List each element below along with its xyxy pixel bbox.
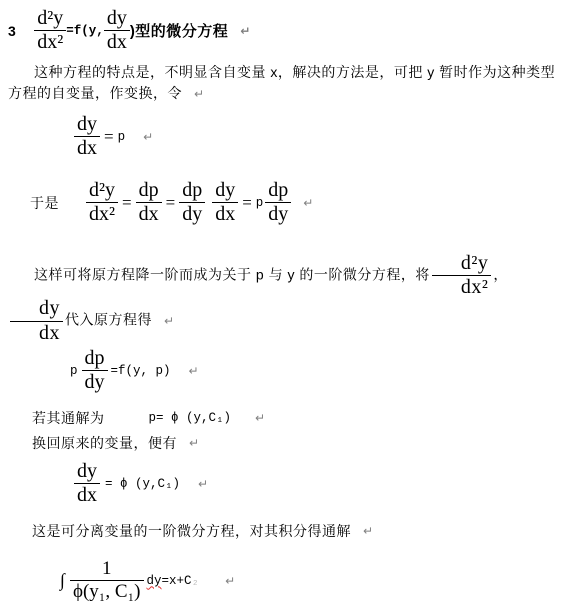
formula-chain-derivation: 于是 d²y dx² = dp dx = dp dy dy dx = p dp … xyxy=(30,180,313,225)
paragraph-mark: ↵ xyxy=(164,314,175,328)
fraction-numerator: d²y xyxy=(34,8,66,31)
equals-sign: = xyxy=(238,193,256,213)
fraction-denominator: dx² xyxy=(34,31,66,53)
fraction-numerator: dp xyxy=(179,180,205,203)
formula-integral-solution: ∫ 1 ϕ(y₁, C₁) dy =x+C ₂ ↵ xyxy=(60,559,235,602)
fraction-numerator: dy xyxy=(104,8,130,31)
fraction-numerator: dy xyxy=(212,180,238,203)
paragraph-mark: ↵ xyxy=(255,412,265,424)
paragraph-reduction: 这样可将原方程降一阶而成为关于 p 与 y 的一阶微分方程，将d²ydx²，dy… xyxy=(8,253,557,344)
paragraph-text: 这样可将原方程降一阶而成为关于 p 与 y 的一阶微分方程，将 xyxy=(34,266,430,282)
paragraph-separable: 这是可分离变量的一阶微分方程，对其积分得通解 ↵ xyxy=(32,521,373,541)
heading-title-text: )型的微分方程 xyxy=(130,20,229,41)
fraction-dy-dx: dy dx xyxy=(212,180,238,225)
fraction-numerator: dp xyxy=(265,180,291,203)
integral-sign: ∫ xyxy=(60,570,65,591)
section-heading: 3 d²y dx² =f(y, dy dx )型的微分方程 ↵ xyxy=(8,8,250,53)
paragraph-text: 这是可分离变量的一阶微分方程，对其积分得通解 xyxy=(32,521,351,541)
lead-text: 于是 xyxy=(30,193,59,213)
subscript-two: ₂ xyxy=(192,574,200,588)
fraction-dy-dx: dy dx xyxy=(74,114,100,159)
fraction-one-over-phi: 1 ϕ(y₁, C₁) xyxy=(70,559,144,602)
paragraph-mark: ↵ xyxy=(194,87,205,101)
equals-phi-y-c1: = ϕ (y,C₁) xyxy=(105,477,180,491)
fraction-numerator: dy xyxy=(74,461,100,484)
fraction-dp-dy: dp dy xyxy=(82,348,108,393)
paragraph-mark: ↵ xyxy=(363,525,373,537)
paragraph-mark: ↵ xyxy=(240,25,250,37)
paragraph-mark: ↵ xyxy=(225,575,235,587)
fraction-dp-dy: dp dy xyxy=(179,180,205,225)
fraction-denominator: dy xyxy=(265,203,291,225)
equals-sign: = xyxy=(162,193,180,213)
formula-dydx-equals-p: dy dx = p ↵ xyxy=(74,114,153,159)
solution-expression: p= ϕ (y,C₁) xyxy=(149,411,232,425)
fraction-denominator: dx² xyxy=(86,203,118,225)
formula-dydx-phi: dy dx = ϕ (y,C₁) ↵ xyxy=(74,461,208,506)
fraction-numerator: dp xyxy=(82,348,108,371)
fraction-numerator: d²y xyxy=(86,180,118,203)
paragraph-intro: 这种方程的特点是，不明显含自变量 x，解决的方法是，可把 y 暂时作为这种类型方… xyxy=(8,62,556,104)
fraction-dp-dx: dp dx xyxy=(136,180,162,225)
paragraph-text: 代入原方程得 xyxy=(65,312,152,328)
fraction-denominator: dx² xyxy=(432,276,492,298)
heading-equals-f: =f(y, xyxy=(66,24,104,38)
paragraph-text: 这种方程的特点是，不明显含自变量 x，解决的方法是，可把 y 暂时作为这种类型方… xyxy=(8,64,555,101)
equals-sign: = xyxy=(118,193,136,213)
fraction-denominator: ϕ(y₁, C₁) xyxy=(70,581,144,602)
paragraph-mark: ↵ xyxy=(198,478,208,490)
fraction-d2y-dx2: d²y dx² xyxy=(86,180,118,225)
equals-f-y-p: =f(y, p) xyxy=(111,364,171,378)
fraction-dy-dx: dy dx xyxy=(74,461,100,506)
fraction-dy-dx: dydx xyxy=(10,298,63,343)
fraction-numerator: d²y xyxy=(432,253,492,276)
comma: ， xyxy=(493,266,508,282)
fraction-numerator: dy xyxy=(10,298,63,321)
formula-p-dpdy: p dp dy =f(y, p) ↵ xyxy=(70,348,199,393)
fraction-denominator: dx xyxy=(212,203,238,225)
variable-p: p xyxy=(256,196,264,210)
equals-x-plus-c: =x+C xyxy=(162,574,192,588)
equals-sign: = xyxy=(100,127,118,147)
paragraph-mark: ↵ xyxy=(189,437,199,449)
fraction-denominator: dy xyxy=(82,371,108,393)
paragraph-substitute-back: 换回原来的变量，便有 ↵ xyxy=(32,433,199,453)
fraction-numerator: dy xyxy=(74,114,100,137)
document-page: { "page": { "background": "#ffffff", "te… xyxy=(0,0,561,616)
fraction-dp-dy: dp dy xyxy=(265,180,291,225)
fraction-d2y-dx2: d²ydx² xyxy=(432,253,492,298)
fraction-numerator: dp xyxy=(136,180,162,203)
paragraph-mark: ↵ xyxy=(303,197,313,209)
section-number: 3 xyxy=(8,23,16,39)
fraction-denominator: dx xyxy=(104,31,130,53)
fraction-denominator: dx xyxy=(136,203,162,225)
fraction-dy-dx: dy dx xyxy=(104,8,130,53)
fraction-denominator: dx xyxy=(10,322,63,344)
fraction-d2y-dx2: d²y dx² xyxy=(34,8,66,53)
paragraph-text: 换回原来的变量，便有 xyxy=(32,433,177,453)
fraction-denominator: dx xyxy=(74,137,100,159)
variable-p: p xyxy=(70,364,78,378)
variable-p: p xyxy=(118,130,126,144)
paragraph-text: 若其通解为 xyxy=(32,408,105,428)
paragraph-mark: ↵ xyxy=(143,131,153,143)
fraction-denominator: dy xyxy=(179,203,205,225)
dy-term-spellcheck: dy xyxy=(147,574,162,588)
fraction-numerator: 1 xyxy=(70,559,144,581)
paragraph-mark: ↵ xyxy=(189,365,199,377)
paragraph-general-solution: 若其通解为 p= ϕ (y,C₁) ↵ xyxy=(32,408,265,428)
fraction-denominator: dx xyxy=(74,484,100,506)
